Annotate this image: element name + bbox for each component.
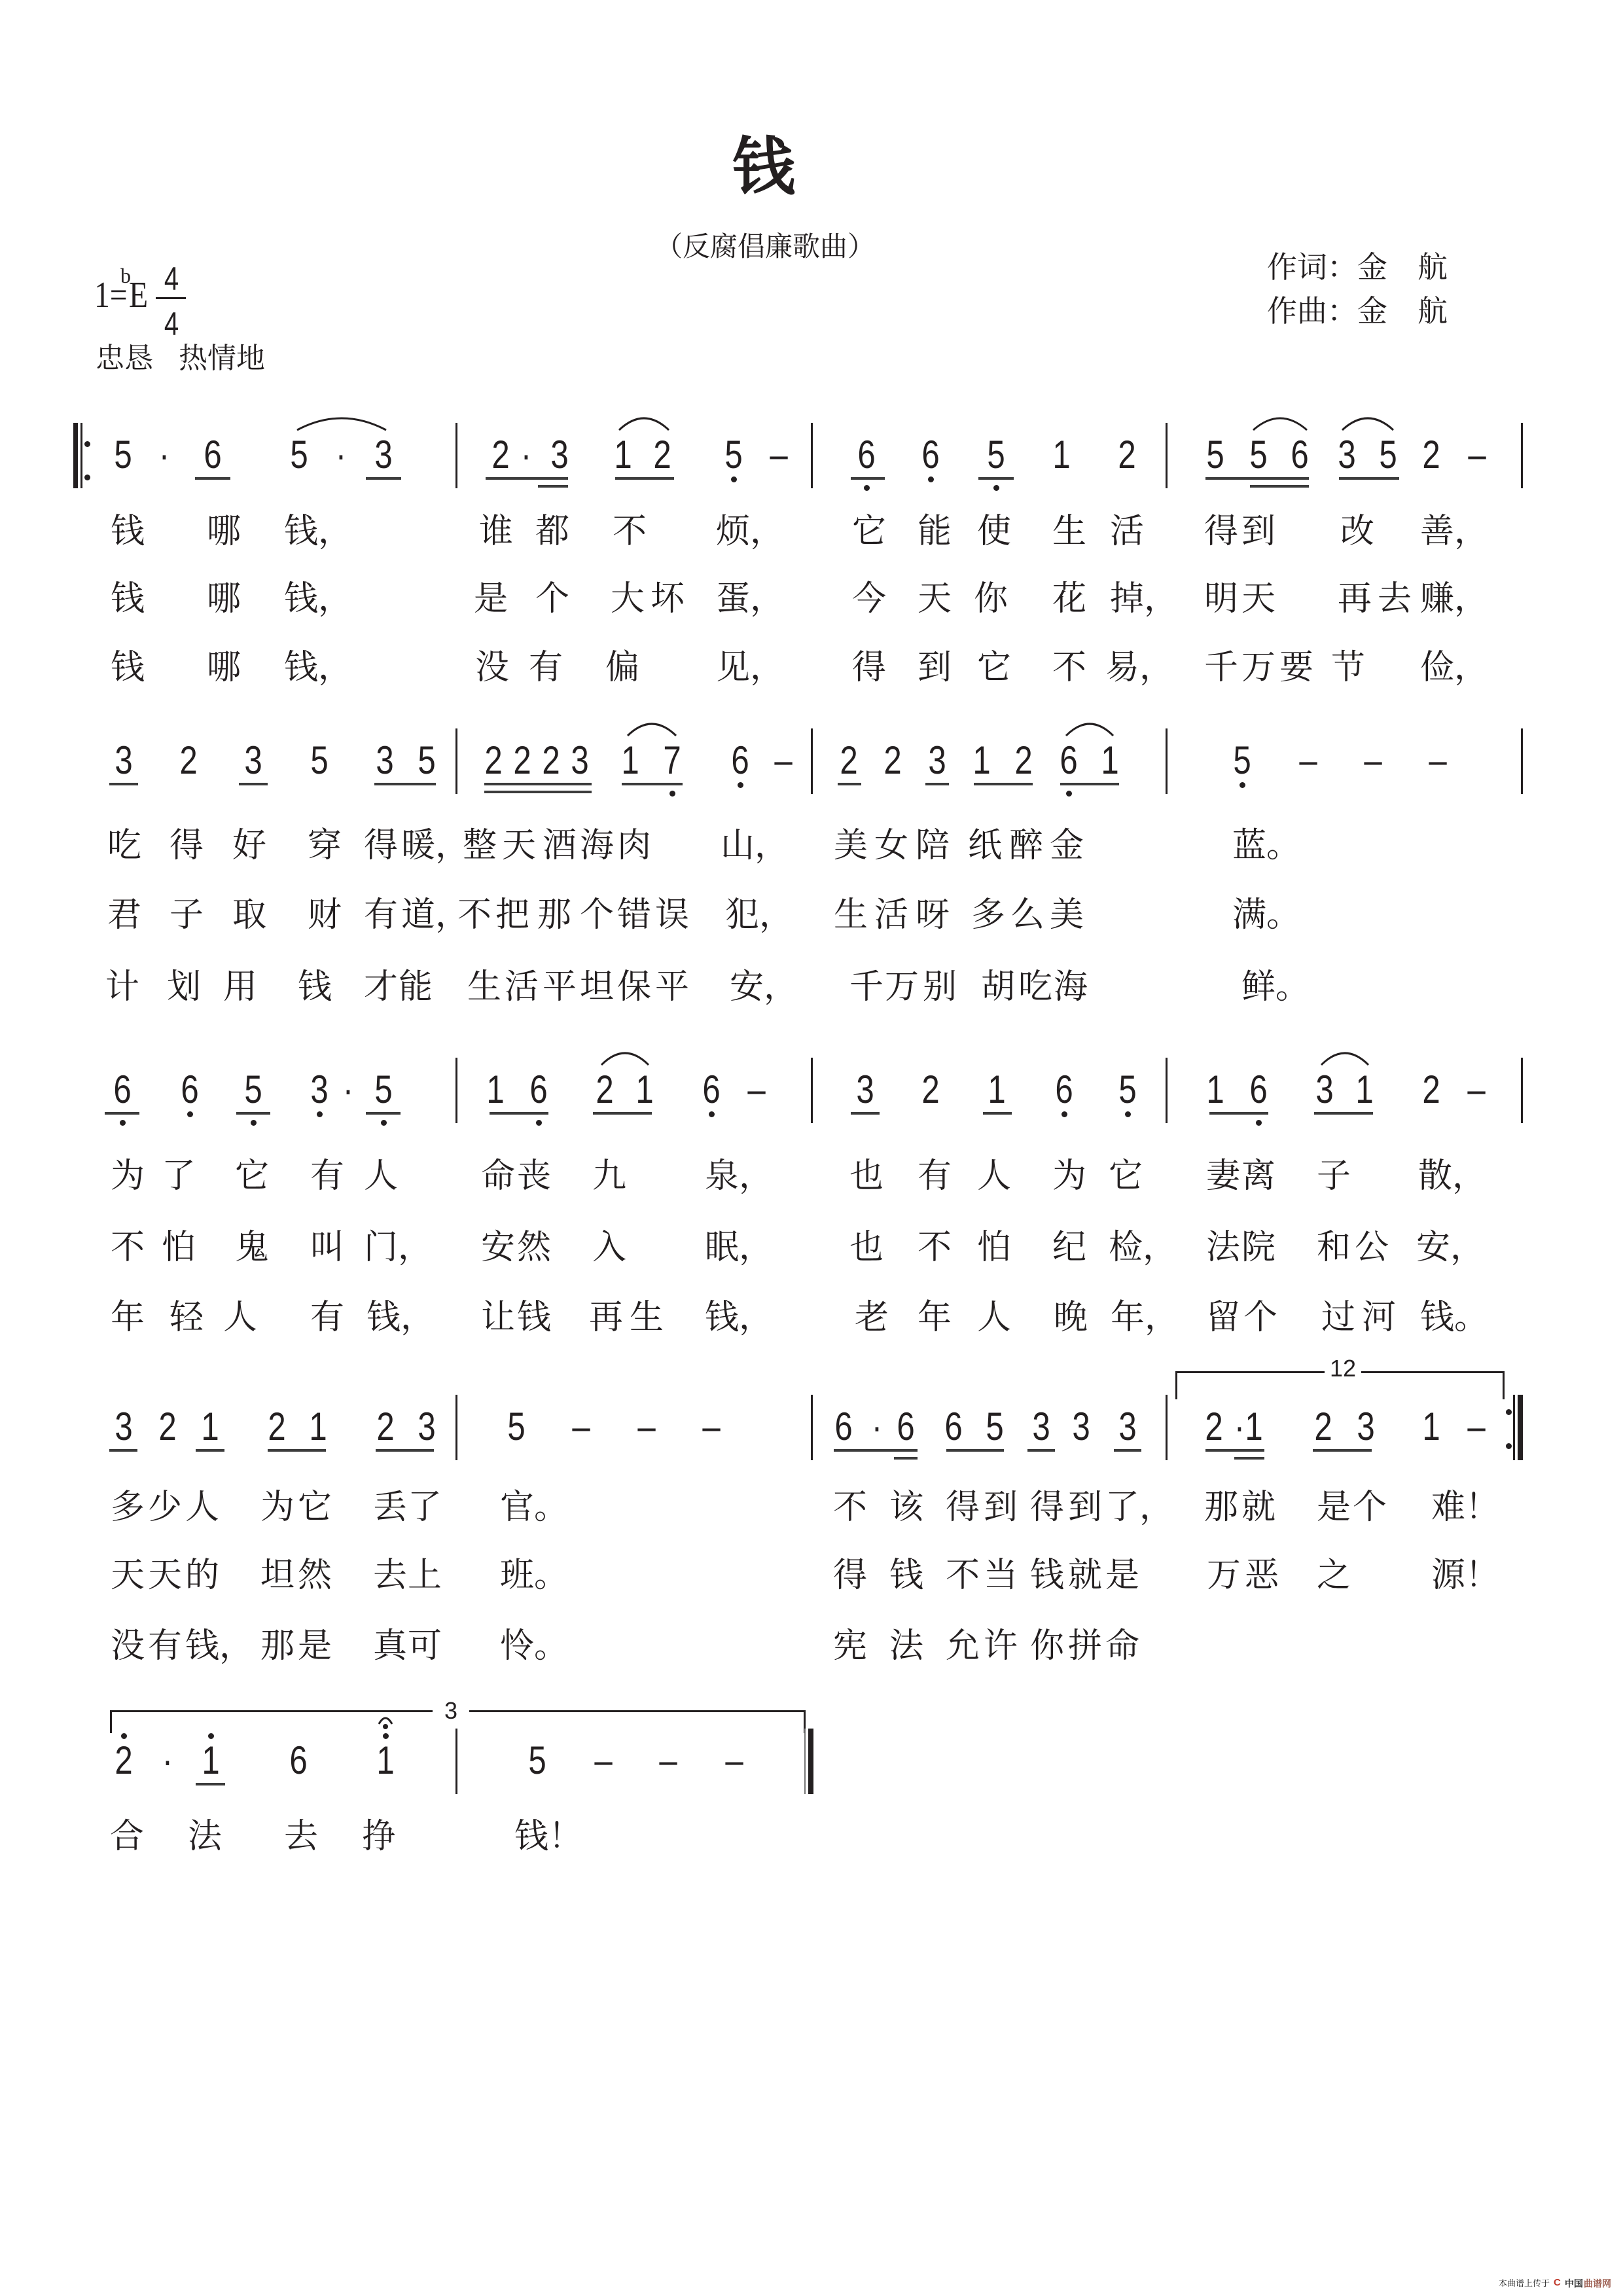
- lyric-syllable: 就: [1241, 1490, 1275, 1524]
- slur-curve: [297, 418, 386, 430]
- lyric-syllable: 万: [1207, 1558, 1241, 1592]
- sixteenth-underline: [538, 485, 568, 488]
- lyric-syllable: 恶: [1245, 1558, 1279, 1592]
- note-digit: 6: [178, 1070, 202, 1109]
- lyric-syllable: 河: [1362, 1300, 1396, 1335]
- repeat-dot: [84, 475, 90, 480]
- slur-curve: [1321, 1053, 1368, 1065]
- note-digit: 1: [1098, 741, 1122, 780]
- eighth-underline: [615, 477, 674, 480]
- slur-curve: [619, 418, 669, 430]
- lyric-syllable: 生: [1052, 514, 1086, 548]
- note-digit: 6: [1057, 741, 1080, 780]
- eighth-underline: [851, 477, 885, 480]
- lyric-syllable: 赚，: [1420, 582, 1488, 616]
- lyric-syllable: 平: [655, 970, 689, 1004]
- note-digit: 7: [660, 741, 684, 780]
- eighth-underline: [974, 783, 1033, 785]
- eighth-underline: [1205, 1449, 1264, 1452]
- lyric-syllable: 穿: [308, 829, 342, 863]
- lyric-syllable: 留: [1206, 1300, 1240, 1335]
- note-digit: 6: [832, 1407, 855, 1446]
- fermata-dot: [383, 1724, 388, 1729]
- low-octave-dot: [120, 1120, 126, 1126]
- sustain-dash: –: [767, 435, 791, 475]
- lyric-syllable: 掉，: [1110, 582, 1178, 616]
- note-digit: 3: [1313, 1070, 1336, 1109]
- lyric-syllable: 到: [918, 651, 952, 685]
- barline: [1521, 423, 1523, 488]
- low-octave-dot: [738, 782, 743, 788]
- lyric-syllable: 晚: [1054, 1300, 1088, 1335]
- lyric-syllable: 金: [1050, 829, 1084, 863]
- lyric-syllable: 得: [946, 1490, 980, 1524]
- note-digit: 2: [881, 741, 904, 780]
- lyric-syllable: 海: [580, 829, 614, 863]
- lyric-syllable: 蛋，: [716, 582, 784, 616]
- sustain-dash: –: [656, 1741, 680, 1780]
- note-digit: 2: [1419, 1070, 1443, 1109]
- repeat-dot: [1506, 1409, 1512, 1415]
- repeat-end-thick-barline: [1518, 1395, 1523, 1460]
- barline: [455, 1395, 457, 1460]
- lyric-syllable: 能: [399, 970, 433, 1004]
- barline: [1166, 1395, 1168, 1460]
- slur-curve: [1253, 418, 1307, 430]
- lyric-syllable: 拼: [1068, 1629, 1102, 1663]
- eighth-underline: [490, 1112, 548, 1115]
- eighth-underline: [1314, 1112, 1373, 1115]
- song-subtitle: （反腐倡廉歌曲）: [601, 233, 929, 260]
- lyric-syllable: 去: [373, 1558, 407, 1592]
- sustain-dash: –: [700, 1407, 723, 1446]
- note-digit: 3: [308, 1070, 331, 1109]
- augmentation-dot: ·: [336, 1070, 360, 1109]
- time-signature-denominator: 4: [160, 308, 183, 340]
- lyric-syllable: 之: [1317, 1558, 1351, 1592]
- lyric-syllable: 暖，: [401, 829, 469, 863]
- note-digit: 1: [1204, 1070, 1227, 1109]
- barline: [811, 1395, 813, 1460]
- augmentation-dot: ·: [156, 1741, 179, 1780]
- lyric-syllable: 了，: [1105, 1490, 1173, 1524]
- lyric-syllable: 有: [918, 1159, 952, 1193]
- lyric-syllable: 都: [535, 514, 569, 548]
- lyric-syllable: 是: [298, 1629, 332, 1663]
- eighth-underline: [376, 1449, 434, 1452]
- eighth-underline: [374, 783, 436, 785]
- lyric-syllable: 活: [505, 970, 539, 1004]
- lyric-syllable: 子: [1317, 1159, 1351, 1193]
- note-digit: 6: [527, 1070, 550, 1109]
- score-page: 钱 （反腐倡廉歌曲） 作词：金 航 作曲：金 航 1= b E 4 4 忠恳 热…: [0, 0, 1623, 2296]
- lyric-syllable: 是: [1105, 1558, 1139, 1592]
- lyric-syllable: 那: [1204, 1490, 1238, 1524]
- eighth-underline: [239, 783, 268, 785]
- note-digit: 6: [855, 435, 878, 475]
- lyric-syllable: 到: [1241, 514, 1275, 548]
- lyric-syllable: 法: [889, 1629, 923, 1663]
- lyric-syllable: 班。: [500, 1558, 568, 1592]
- composer-credit: 作曲：金 航: [1267, 296, 1448, 326]
- eighth-underline: [622, 783, 683, 785]
- note-digit: 1: [1050, 435, 1073, 475]
- lyric-syllable: 天: [918, 582, 952, 616]
- note-digit: 6: [201, 435, 224, 475]
- lyric-syllable: 宪: [833, 1629, 867, 1663]
- lyric-syllable: 到: [1068, 1490, 1102, 1524]
- sustain-dash: –: [1361, 741, 1385, 780]
- note-digit: 3: [925, 741, 949, 780]
- lyric-syllable: 丢: [373, 1490, 407, 1524]
- eighth-underline: [109, 1449, 137, 1452]
- lyric-syllable: 犯，: [725, 898, 793, 932]
- lyric-syllable: 天: [1241, 582, 1275, 616]
- eighth-underline: [268, 1449, 326, 1452]
- barline: [1166, 423, 1168, 488]
- lyric-syllable: 千: [849, 970, 883, 1004]
- lyric-syllable: 法: [188, 1820, 222, 1854]
- sustain-dash: –: [1296, 741, 1320, 780]
- lyric-syllable: 是: [474, 582, 508, 616]
- slur-curve: [1342, 418, 1393, 430]
- low-octave-dot: [317, 1111, 323, 1117]
- note-digit: 2: [539, 741, 563, 780]
- sixteenth-underline: [894, 1457, 918, 1460]
- lyric-syllable: 去: [1378, 582, 1412, 616]
- lyric-syllable: 再: [589, 1300, 623, 1335]
- note-digit: 5: [1247, 435, 1270, 475]
- lyric-syllable: 也: [849, 1230, 883, 1265]
- low-octave-dot: [1061, 1111, 1067, 1117]
- note-digit: 6: [1052, 1070, 1076, 1109]
- lyric-syllable: 善，: [1420, 514, 1488, 548]
- note-digit: 2: [651, 435, 674, 475]
- lyric-syllable: 有: [310, 1159, 344, 1193]
- lyric-syllable: 安，: [730, 970, 798, 1004]
- note-digit: 6: [1288, 435, 1311, 475]
- repeat-end-thin-barline: [1513, 1395, 1515, 1460]
- lyric-syllable: 钱: [111, 582, 145, 616]
- lyric-syllable: 活: [1110, 514, 1144, 548]
- lyric-syllable: 生: [467, 970, 501, 1004]
- lyric-syllable: 安: [481, 1230, 515, 1265]
- barline: [811, 1058, 813, 1123]
- sustain-dash: –: [1426, 741, 1450, 780]
- note-digit: 2: [593, 1070, 616, 1109]
- lyric-syllable: 妻: [1206, 1159, 1240, 1193]
- barline: [455, 1729, 457, 1794]
- lyric-syllable: 整: [463, 829, 497, 863]
- low-octave-dot: [709, 1111, 715, 1117]
- lyric-syllable: 使: [977, 514, 1011, 548]
- lyric-syllable: 叫: [310, 1230, 344, 1265]
- note-digit: 3: [568, 741, 592, 780]
- lyric-syllable: 年: [111, 1300, 145, 1335]
- site-name-part1: 中国: [1565, 2279, 1583, 2289]
- low-octave-dot: [1240, 782, 1245, 788]
- lyric-syllable: 离: [1241, 1159, 1275, 1193]
- lyric-syllable: 见，: [716, 651, 784, 685]
- lyric-syllable: 钱: [517, 1300, 551, 1335]
- barline: [455, 423, 457, 488]
- lyricist-credit: 作词：金 航: [1267, 252, 1448, 282]
- sustain-dash: –: [1465, 1407, 1488, 1446]
- note-digit: 2: [374, 1407, 397, 1446]
- lyric-syllable: 它: [298, 1490, 332, 1524]
- lyric-syllable: 它: [977, 651, 1011, 685]
- lyric-syllable: 为: [260, 1490, 294, 1524]
- lyric-syllable: 难！: [1431, 1490, 1499, 1524]
- lyric-syllable: 能: [918, 514, 952, 548]
- note-digit: 6: [287, 1741, 310, 1780]
- note-digit: 5: [1204, 435, 1227, 475]
- sustain-dash: –: [635, 1407, 658, 1446]
- augmentation-dot: ·: [152, 435, 176, 475]
- barline: [811, 728, 813, 794]
- slur: [626, 720, 677, 737]
- lyric-syllable: 不: [833, 1490, 867, 1524]
- note-digit: 6: [1247, 1070, 1270, 1109]
- lyric-syllable: 老: [855, 1300, 889, 1335]
- lyric-syllable: 不: [946, 1558, 980, 1592]
- lyric-syllable: 鲜。: [1241, 970, 1310, 1004]
- eighth-underline: [105, 1112, 139, 1115]
- lyric-syllable: 人: [223, 1300, 257, 1335]
- lyric-syllable: 财: [308, 898, 342, 932]
- lyric-syllable: 眠，: [705, 1230, 773, 1265]
- lyric-syllable: 用: [223, 970, 257, 1004]
- lyric-syllable: 命: [1105, 1629, 1139, 1663]
- note-digit: 3: [372, 435, 395, 475]
- lyric-syllable: 改: [1340, 514, 1374, 548]
- note-digit: 3: [241, 741, 265, 780]
- lyric-syllable: 钱: [111, 651, 145, 685]
- lyric-syllable: 怕: [977, 1230, 1011, 1265]
- eighth-underline: [484, 783, 592, 785]
- note-digit: 3: [1354, 1407, 1378, 1446]
- lyric-syllable: 钱: [889, 1558, 923, 1592]
- note-digit: 1: [618, 741, 642, 780]
- note-digit: 5: [287, 435, 311, 475]
- eighth-underline: [1339, 477, 1399, 480]
- lyric-syllable: 蓝。: [1232, 829, 1300, 863]
- lyric-syllable: 年: [918, 1300, 952, 1335]
- lyric-syllable: 门，: [364, 1230, 432, 1265]
- note-digit: 6: [728, 741, 752, 780]
- note-digit: 1: [970, 741, 993, 780]
- lyric-syllable: 上: [408, 1558, 442, 1592]
- lyric-syllable: 呀: [916, 898, 950, 932]
- lyric-syllable: 丧: [517, 1159, 551, 1193]
- note-digit: 2: [177, 741, 200, 780]
- sustain-dash: –: [569, 1407, 593, 1446]
- lyric-syllable: 今: [852, 582, 886, 616]
- lyric-syllable: 君: [107, 898, 141, 932]
- eighth-underline: [834, 1449, 918, 1452]
- lyric-syllable: 坦: [580, 970, 614, 1004]
- note-digit: 2: [1419, 435, 1443, 475]
- eighth-underline: [1060, 783, 1119, 785]
- lyric-syllable: 可: [408, 1629, 442, 1663]
- note-digit: 1: [484, 1070, 507, 1109]
- lyric-syllable: 易，: [1105, 651, 1173, 685]
- lyric-syllable: 偏: [605, 651, 639, 685]
- lyric-syllable: 坏: [651, 582, 685, 616]
- note-digit: 3: [1335, 435, 1359, 475]
- barline: [455, 728, 457, 794]
- note-digit: 6: [942, 1407, 965, 1446]
- lyric-syllable: 了: [162, 1159, 196, 1193]
- note-digit: 1: [985, 1070, 1008, 1109]
- note-digit: 1: [1419, 1407, 1443, 1446]
- lyric-syllable: 真: [373, 1629, 407, 1663]
- low-octave-dot: [731, 476, 737, 482]
- sixteenth-underline: [1250, 485, 1309, 488]
- lyric-syllable: 少: [148, 1490, 182, 1524]
- lyric-syllable: 也: [849, 1159, 883, 1193]
- lyric-syllable: 么: [1010, 898, 1044, 932]
- lyric-syllable: 公: [1355, 1230, 1389, 1265]
- lyric-syllable: 允: [946, 1629, 980, 1663]
- high-octave-dot: [208, 1733, 214, 1739]
- lyric-syllable: 取: [232, 898, 266, 932]
- note-digit: 3: [112, 741, 135, 780]
- lyric-syllable: 散，: [1418, 1159, 1486, 1193]
- note-digit: 5: [372, 1070, 395, 1109]
- eighth-underline: [195, 477, 230, 480]
- augmentation-dot: ·: [865, 1407, 889, 1446]
- lyric-syllable: 官。: [500, 1490, 568, 1524]
- high-octave-dot: [383, 1733, 389, 1739]
- note-digit: 1: [611, 435, 635, 475]
- lyric-syllable: 源！: [1431, 1558, 1499, 1592]
- eighth-underline: [1209, 1112, 1268, 1115]
- lyric-syllable: 安，: [1416, 1230, 1484, 1265]
- repeat-dot: [1506, 1443, 1512, 1449]
- lyric-syllable: 节: [1331, 651, 1365, 685]
- lyric-syllable: 错: [617, 898, 651, 932]
- key-signature-tonic: E: [129, 277, 148, 314]
- fermata-arc: [379, 1718, 392, 1724]
- lyric-syllable: 当: [984, 1558, 1018, 1592]
- barline: [1166, 1058, 1168, 1123]
- augmentation-dot: ·: [514, 435, 538, 475]
- eighth-underline: [366, 1112, 401, 1115]
- lyric-syllable: 钱，: [185, 1629, 253, 1663]
- lyric-syllable: 得: [1204, 514, 1238, 548]
- note-digit: 3: [1069, 1407, 1093, 1446]
- tempo-marking-character: 忠恳: [96, 344, 153, 373]
- sustain-dash: –: [592, 1741, 615, 1780]
- lyric-syllable: 了: [408, 1490, 442, 1524]
- note-digit: 2: [489, 435, 512, 475]
- lyric-syllable: 钱，: [284, 514, 352, 548]
- note-digit: 2: [156, 1407, 179, 1446]
- lyric-syllable: 人: [977, 1159, 1011, 1193]
- lyric-syllable: 划: [167, 970, 201, 1004]
- high-octave-dot: [121, 1733, 127, 1739]
- eighth-underline: [838, 783, 861, 785]
- lyric-syllable: 不: [111, 1230, 145, 1265]
- note-digit: 5: [984, 435, 1008, 475]
- lyric-syllable: 多: [971, 898, 1005, 932]
- lyric-syllable: 为: [111, 1159, 145, 1193]
- barline: [455, 1058, 457, 1123]
- lyric-syllable: 人: [185, 1490, 219, 1524]
- lyric-syllable: 去: [284, 1820, 318, 1854]
- lyric-syllable: 钱，: [705, 1300, 773, 1335]
- low-octave-dot: [1066, 791, 1072, 797]
- lyric-syllable: 酒: [543, 829, 577, 863]
- lyric-syllable: 不: [457, 898, 491, 932]
- note-digit: 3: [112, 1407, 135, 1446]
- note-digit: 2: [1202, 1407, 1226, 1446]
- lyric-syllable: 不: [918, 1230, 952, 1265]
- lyric-syllable: 钱，: [284, 582, 352, 616]
- lyric-syllable: 钱，: [284, 651, 352, 685]
- note-digit: 2: [1115, 435, 1139, 475]
- lyric-syllable: 许: [984, 1629, 1018, 1663]
- sustain-dash: –: [722, 1741, 746, 1780]
- low-octave-dot: [536, 1120, 542, 1126]
- note-digit: 5: [308, 741, 331, 780]
- lyric-syllable: 合: [110, 1820, 144, 1854]
- lyric-syllable: 为: [1052, 1159, 1086, 1193]
- lyric-syllable: 烦，: [716, 514, 784, 548]
- lyric-syllable: 鬼: [235, 1230, 269, 1265]
- note-digit: 1: [374, 1741, 397, 1780]
- lyric-syllable: 钱: [298, 970, 332, 1004]
- lyric-syllable: 就: [1068, 1558, 1102, 1592]
- note-digit: 2: [112, 1741, 135, 1780]
- note-digit: 5: [241, 1070, 265, 1109]
- note-digit: 5: [415, 741, 438, 780]
- eighth-underline: [593, 1112, 652, 1115]
- note-digit: 1: [633, 1070, 656, 1109]
- repeat-start-thin-barline: [80, 423, 82, 488]
- slur-curve: [1066, 724, 1113, 736]
- slur: [600, 1049, 650, 1066]
- volta-label: 12: [1325, 1357, 1361, 1380]
- lyric-syllable: 是: [1317, 1490, 1351, 1524]
- lyric-syllable: 美: [834, 829, 868, 863]
- lyric-syllable: 才: [364, 970, 398, 1004]
- eighth-underline: [925, 783, 949, 785]
- lyric-syllable: 泉，: [705, 1159, 773, 1193]
- lyric-syllable: 吃: [1018, 970, 1052, 1004]
- sustain-dash: –: [1465, 1070, 1488, 1109]
- lyric-syllable: 九: [592, 1159, 626, 1193]
- sustain-dash: –: [1465, 435, 1489, 475]
- note-digit: 2: [1311, 1407, 1335, 1446]
- note-digit: 5: [111, 435, 135, 475]
- lyric-syllable: 有: [364, 898, 398, 932]
- lyric-syllable: 它: [1109, 1159, 1143, 1193]
- lyric-syllable: 不: [1052, 651, 1086, 685]
- eighth-underline: [236, 1112, 270, 1115]
- note-digit: 3: [1029, 1407, 1053, 1446]
- watermark-text: 本曲谱上传于: [1499, 2279, 1550, 2289]
- lyric-syllable: 过: [1321, 1300, 1355, 1335]
- note-digit: 1: [1353, 1070, 1376, 1109]
- lyric-syllable: 有: [529, 651, 563, 685]
- lyric-syllable: 天: [111, 1558, 145, 1592]
- lyric-syllable: 万: [1241, 651, 1275, 685]
- barline: [1521, 728, 1523, 794]
- lyric-syllable: 钱！: [514, 1820, 582, 1854]
- note-digit: 6: [919, 435, 942, 475]
